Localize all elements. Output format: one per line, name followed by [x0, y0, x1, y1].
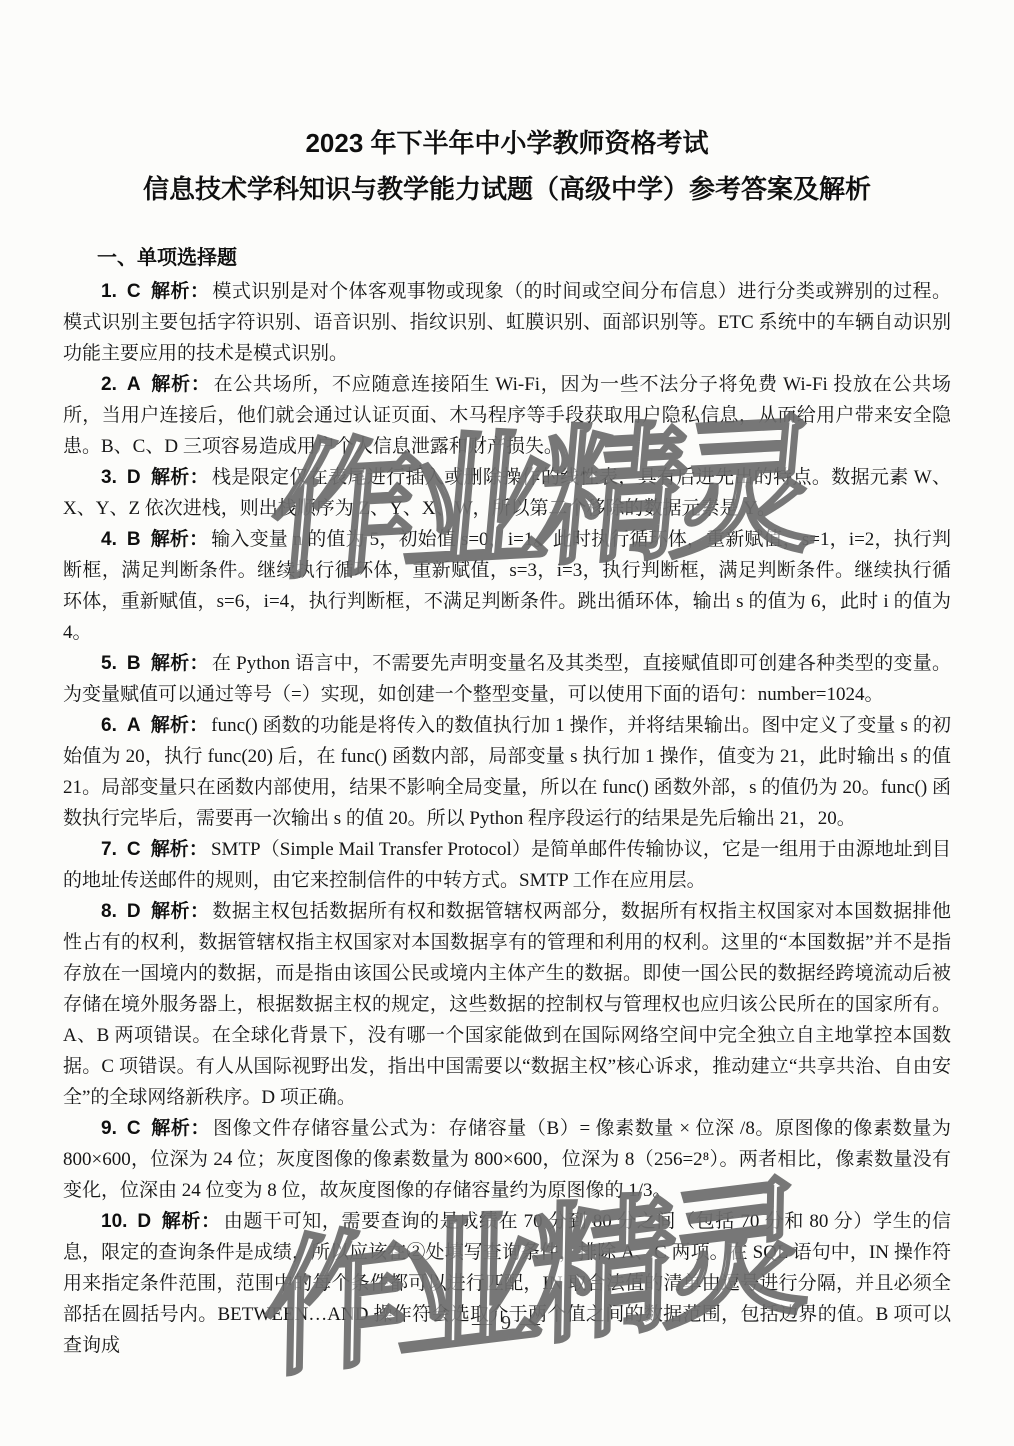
- item-8-text: 数据主权包括数据所有权和数据管辖权两部分，数据所有权指主权国家对本国数据排他性占…: [63, 901, 951, 1108]
- answer-item-4: 4.B解析：输入变量 n 的值为 5，初始值 s=0，i=1。此时执行循环体，重…: [63, 524, 951, 648]
- item-7-number: 7.: [101, 839, 117, 860]
- document-title-line2: 信息技术学科知识与教学能力试题（高级中学）参考答案及解析: [63, 172, 951, 206]
- item-5-answer: B: [127, 653, 141, 674]
- answer-item-6: 6.A解析：func() 函数的功能是将传入的数值执行加 1 操作，并将结果输出…: [63, 710, 951, 834]
- item-9-label: 解析：: [151, 1118, 210, 1139]
- item-9-number: 9.: [101, 1118, 117, 1139]
- answer-item-7: 7.C解析：SMTP（Simple Mail Transfer Protocol…: [63, 834, 951, 896]
- item-4-number: 4.: [101, 529, 117, 550]
- item-6-label: 解析：: [151, 715, 209, 736]
- item-10-number: 10.: [101, 1211, 127, 1232]
- section-heading: 一、单项选择题: [63, 244, 951, 272]
- answer-item-1: 1.C解析：模式识别是对个体客观事物或现象（的时间或空间分布信息）进行分类或辨别…: [63, 276, 951, 369]
- item-1-label: 解析：: [151, 281, 210, 302]
- item-5-label: 解析：: [151, 653, 209, 674]
- document-title-line1: 2023 年下半年中小学教师资格考试: [63, 126, 951, 160]
- page-number: — 9 —: [0, 1312, 1014, 1335]
- answer-item-2: 2.A解析：在公共场所，不应随意连接陌生 Wi-Fi，因为一些不法分子将免费 W…: [63, 369, 951, 462]
- answer-item-9: 9.C解析：图像文件存储容量公式为：存储容量（B）= 像素数量 × 位深 /8。…: [63, 1113, 951, 1206]
- item-2-label: 解析：: [151, 374, 211, 395]
- item-6-number: 6.: [101, 715, 117, 736]
- document-content: 2023 年下半年中小学教师资格考试 信息技术学科知识与教学能力试题（高级中学）…: [63, 0, 951, 1361]
- document-page: { "document": { "title_line1": "2023 年下半…: [0, 0, 1014, 1446]
- item-7-answer: C: [127, 839, 141, 860]
- item-3-label: 解析：: [151, 467, 209, 488]
- item-8-number: 8.: [101, 901, 117, 922]
- item-9-answer: C: [127, 1118, 141, 1139]
- item-8-label: 解析：: [151, 901, 210, 922]
- item-1-number: 1.: [101, 281, 117, 302]
- item-10-label: 解析：: [161, 1211, 221, 1232]
- item-3-answer: D: [127, 467, 141, 488]
- item-5-number: 5.: [101, 653, 117, 674]
- item-6-answer: A: [127, 715, 141, 736]
- item-2-answer: A: [127, 374, 141, 395]
- answer-item-10: 10.D解析：由题干可知，需要查询的是成绩在 70 分到 80 分之间（包括 7…: [63, 1206, 951, 1361]
- item-8-answer: D: [127, 901, 141, 922]
- item-4-answer: B: [127, 529, 141, 550]
- item-7-label: 解析：: [151, 839, 208, 860]
- answer-item-5: 5.B解析：在 Python 语言中，不需要先声明变量名及其类型，直接赋值即可创…: [63, 648, 951, 710]
- answer-item-8: 8.D解析：数据主权包括数据所有权和数据管辖权两部分，数据所有权指主权国家对本国…: [63, 896, 951, 1113]
- item-10-answer: D: [137, 1211, 151, 1232]
- item-3-number: 3.: [101, 467, 117, 488]
- item-4-label: 解析：: [151, 529, 209, 550]
- item-2-number: 2.: [101, 374, 117, 395]
- answer-item-3: 3.D解析：栈是限定仅在表尾进行插入或删除操作的线性表，具有后进先出的特点。数据…: [63, 462, 951, 524]
- item-1-answer: C: [127, 281, 141, 302]
